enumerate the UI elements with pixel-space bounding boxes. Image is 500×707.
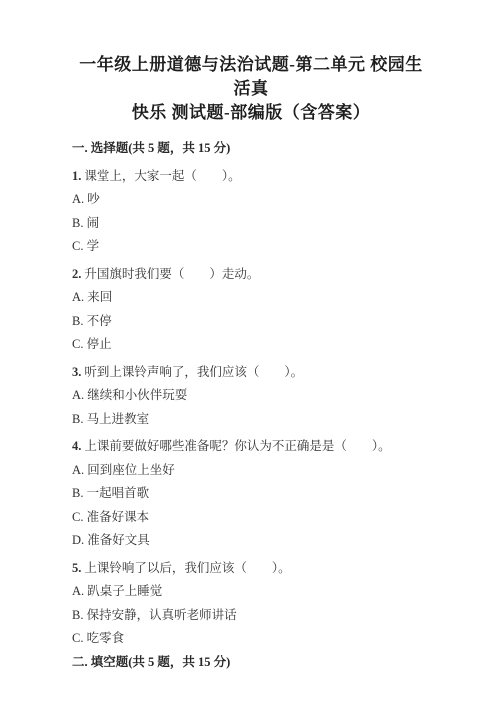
document-title: 一年级上册道德与法治试题-第二单元 校园生活真 快乐 测试题-部编版（含答案） bbox=[72, 53, 430, 125]
question-2-option-a: A. 来回 bbox=[72, 291, 430, 304]
question-3-number: 3. bbox=[72, 365, 81, 379]
question-1-text: 课堂上，大家一起（ ）。 bbox=[84, 169, 240, 183]
question-5-option-c: C. 吃零食 bbox=[72, 632, 430, 645]
section-heading-multiple-choice: 一. 选择题(共 5 题，共 15 分) bbox=[72, 142, 430, 155]
question-2: 2.升国旗时我们要（ ）走动。 bbox=[72, 268, 430, 281]
question-1: 1.课堂上，大家一起（ ）。 bbox=[72, 170, 430, 183]
section-heading-fill-blank: 二. 填空题(共 5 题，共 15 分) bbox=[72, 656, 430, 669]
question-5-option-a: A. 趴桌子上睡觉 bbox=[72, 585, 430, 598]
question-1-option-b: B. 闹 bbox=[72, 217, 430, 230]
question-4-option-b: B. 一起唱首歌 bbox=[72, 487, 430, 500]
question-5: 5.上课铃响了以后，我们应该（ ）。 bbox=[72, 562, 430, 575]
question-4: 4.上课前要做好哪些准备呢？你认为不正确是是（ ）。 bbox=[72, 440, 430, 453]
question-4-option-a: A. 回到座位上坐好 bbox=[72, 464, 430, 477]
question-3: 3.听到上课铃声响了，我们应该（ ）。 bbox=[72, 366, 430, 379]
question-3-option-a: A. 继续和小伙伴玩耍 bbox=[72, 389, 430, 402]
question-2-number: 2. bbox=[72, 267, 81, 281]
question-1-number: 1. bbox=[72, 169, 81, 183]
question-5-number: 5. bbox=[72, 561, 81, 575]
question-4-number: 4. bbox=[72, 439, 81, 453]
question-1-option-a: A. 吵 bbox=[72, 193, 430, 206]
question-2-option-c: C. 停止 bbox=[72, 338, 430, 351]
question-4-option-d: D. 准备好文具 bbox=[72, 534, 430, 547]
question-2-text: 升国旗时我们要（ ）走动。 bbox=[84, 267, 259, 281]
question-3-text: 听到上课铃声响了，我们应该（ ）。 bbox=[84, 365, 303, 379]
document-title-line-2: 快乐 测试题-部编版（含答案） bbox=[72, 101, 430, 125]
question-2-option-b: B. 不停 bbox=[72, 315, 430, 328]
question-3-option-b: B. 马上进教室 bbox=[72, 413, 430, 426]
question-5-text: 上课铃响了以后，我们应该（ ）。 bbox=[84, 561, 290, 575]
question-1-option-c: C. 学 bbox=[72, 240, 430, 253]
question-5-option-b: B. 保持安静，认真听老师讲话 bbox=[72, 609, 430, 622]
question-4-text: 上课前要做好哪些准备呢？你认为不正确是是（ ）。 bbox=[84, 439, 390, 453]
document-title-line-1: 一年级上册道德与法治试题-第二单元 校园生活真 bbox=[72, 53, 430, 101]
question-4-option-c: C. 准备好课本 bbox=[72, 511, 430, 524]
test-paper-page: 一年级上册道德与法治试题-第二单元 校园生活真 快乐 测试题-部编版（含答案） … bbox=[0, 0, 500, 707]
